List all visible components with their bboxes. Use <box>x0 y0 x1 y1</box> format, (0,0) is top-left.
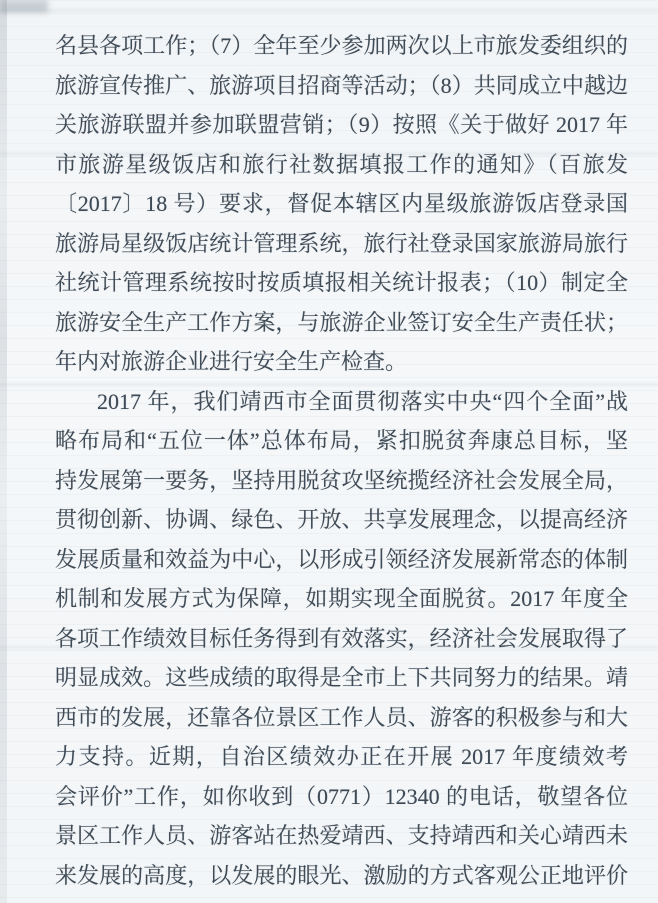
text-line: 略布局和“五位一体”总体布局，紧扣脱贫奔康总目标，坚 <box>55 421 628 461</box>
text-line: 明显成效。这些成绩的取得是全市上下共同努力的结果。靖 <box>55 658 628 698</box>
scanned-document-page: 名县各项工作；（7）全年至少参加两次以上市旅发委组织的 旅游宣传推广、旅游项目招… <box>0 0 658 903</box>
text-line: 〔2017〕18 号）要求，督促本辖区内星级旅游饭店登录国家 <box>55 184 628 224</box>
document-body-text: 名县各项工作；（7）全年至少参加两次以上市旅发委组织的 旅游宣传推广、旅游项目招… <box>55 26 628 895</box>
text-line: 力支持。近期，自治区绩效办正在开展 2017 年度绩效考评“社 <box>55 737 628 777</box>
text-line: 来发展的高度，以发展的眼光、激励的方式客观公正地评价 <box>55 856 628 896</box>
text-line: 旅游宣传推广、旅游项目招商等活动；（8）共同成立中越边 <box>55 66 628 106</box>
text-line: 发展质量和效益为中心，以形成引领经济发展新常态的体制 <box>55 540 628 580</box>
scan-artifact-band <box>0 9 658 12</box>
text-line: 社统计管理系统按时按质填报相关统计报表；（10）制定全年 <box>55 263 628 303</box>
text-line: 贯彻创新、协调、绿色、开放、共享发展理念，以提高经济 <box>55 500 628 540</box>
text-line: 关旅游联盟并参加联盟营销；（9）按照《关于做好 2017 年全 <box>55 105 628 145</box>
text-line: 西市的发展，还靠各位景区工作人员、游客的积极参与和大 <box>55 698 628 738</box>
text-line: 各项工作绩效目标任务得到有效落实，经济社会发展取得了 <box>55 619 628 659</box>
text-line: 持发展第一要务，坚持用脱贫攻坚统揽经济社会发展全局， <box>55 461 628 501</box>
text-line-paragraph-end: 年内对旅游企业进行安全生产检查。 <box>55 342 628 382</box>
text-line-paragraph-start: 2017 年，我们靖西市全面贯彻落实中央“四个全面”战 <box>55 382 628 422</box>
text-line: 旅游局星级饭店统计管理系统，旅行社登录国家旅游局旅行 <box>55 224 628 264</box>
text-line: 景区工作人员、游客站在热爱靖西、支持靖西和关心靖西未 <box>55 816 628 856</box>
scan-left-edge-shadow <box>0 0 7 903</box>
text-line: 会评价”工作，如你收到（0771）12340 的电话，敬望各位 <box>55 777 628 817</box>
text-line: 名县各项工作；（7）全年至少参加两次以上市旅发委组织的 <box>55 26 628 66</box>
scan-corner-smudge <box>0 0 48 13</box>
text-line: 机制和发展方式为保障，如期实现全面脱贫。2017 年度全市 <box>55 579 628 619</box>
text-line: 市旅游星级饭店和旅行社数据填报工作的通知》（百旅发 <box>55 145 628 185</box>
text-line: 旅游安全生产工作方案，与旅游企业签订安全生产责任状； <box>55 303 628 343</box>
